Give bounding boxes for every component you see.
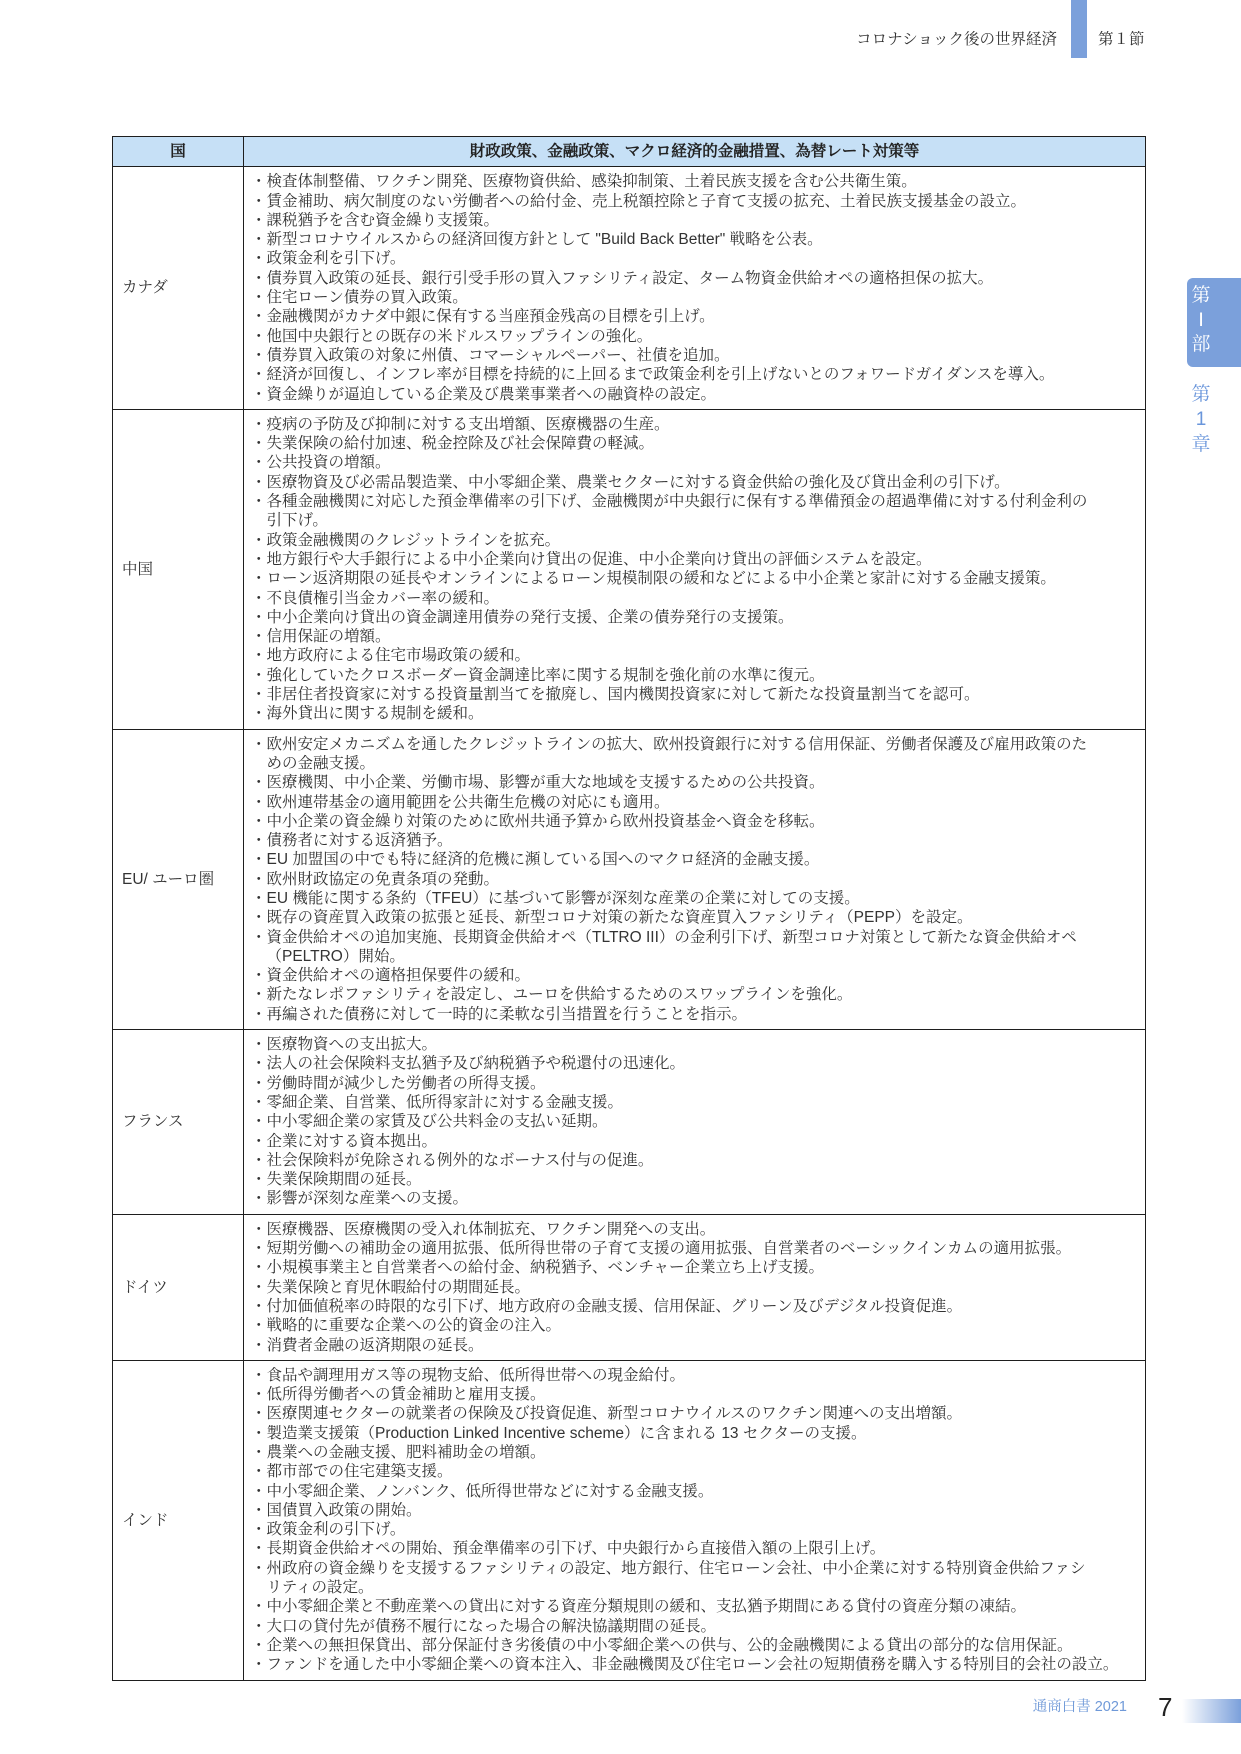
measures-cell: ・疫病の予防及び抑制に対する支出増額、医療機器の生産。 ・失業保険の給付加速、税… xyxy=(244,409,1146,729)
measure-item: ・不良債権引当金カバー率の緩和。 xyxy=(251,589,1138,608)
measures-list: ・医療物資への支出拡大。 ・法人の社会保険料支払猶予及び納税猶予や税還付の迅速化… xyxy=(251,1035,1138,1209)
measure-item: ・付加価値税率の時限的な引下げ、地方政府の金融支援、信用保証、グリーン及びデジタ… xyxy=(251,1297,1138,1316)
country-cell: ドイツ xyxy=(113,1214,244,1360)
measure-item: ・失業保険と育児休暇給付の期間延長。 xyxy=(251,1278,1138,1297)
measure-item: ・新たなレポファシリティを設定し、ユーロを供給するためのスワップラインを強化。 xyxy=(251,985,1138,1004)
chapter-label-char: 章 xyxy=(1190,432,1212,457)
measure-item: ・疫病の予防及び抑制に対する支出増額、医療機器の生産。 xyxy=(251,415,1138,434)
part-tab-char: Ⅰ xyxy=(1190,309,1212,334)
measure-item: ・地方政府による住宅市場政策の緩和。 xyxy=(251,646,1138,665)
measure-item: ・小規模事業主と自営業者への給付金、納税猶予、ベンチャー企業立ち上げ支援。 xyxy=(251,1258,1138,1277)
measure-item: ・資金繰りが逼迫している企業及び農業事業者への融資枠の設定。 xyxy=(251,385,1138,404)
measure-item: ・債券買入政策の延長、銀行引受手形の買入ファシリティ設定、ターム物資金供給オペの… xyxy=(251,269,1138,288)
table-row-germany: ドイツ ・医療機器、医療機関の受入れ体制拡充、ワクチン開発への支出。 ・短期労働… xyxy=(113,1214,1146,1360)
measure-item: ・短期労働への補助金の適用拡張、低所得世帯の子育て支援の適用拡張、自営業者のベー… xyxy=(251,1239,1138,1258)
measure-item: ・中小企業の資金繰り対策のために欧州共通予算から欧州投資基金へ資金を移転。 xyxy=(251,812,1138,831)
part-tab-char: 部 xyxy=(1190,333,1212,358)
measure-item: ・他国中央銀行との既存の米ドルスワップラインの強化。 xyxy=(251,327,1138,346)
measure-item: ・国債買入政策の開始。 xyxy=(251,1501,1138,1520)
measure-item: ・政策金利の引下げ。 xyxy=(251,1520,1138,1539)
measure-item: ・海外貸出に関する規制を緩和。 xyxy=(251,704,1138,723)
country-cell: 中国 xyxy=(113,409,244,729)
measure-item: ・都市部での住宅建築支援。 xyxy=(251,1462,1138,1481)
table-row-india: インド ・食品や調理用ガス等の現物支給、低所得世帯への現金給付。 ・低所得労働者… xyxy=(113,1360,1146,1680)
measure-item: ・消費者金融の返済期限の延長。 xyxy=(251,1336,1138,1355)
measures-list: ・医療機器、医療機関の受入れ体制拡充、ワクチン開発への支出。 ・短期労働への補助… xyxy=(251,1220,1138,1355)
measure-item: ・非居住者投資家に対する投資量割当てを撤廃し、国内機関投資家に対して新たな投資量… xyxy=(251,685,1138,704)
part-tab-char: 第 xyxy=(1190,284,1212,309)
measures-cell: ・医療物資への支出拡大。 ・法人の社会保険料支払猶予及び納税猶予や税還付の迅速化… xyxy=(244,1030,1146,1215)
measure-item: ・食品や調理用ガス等の現物支給、低所得世帯への現金給付。 xyxy=(251,1366,1138,1385)
country-cell: インド xyxy=(113,1360,244,1680)
measures-list: ・検査体制整備、ワクチン開発、医療物資供給、感染抑制策、土着民族支援を含む公共衛… xyxy=(251,172,1138,404)
measures-cell: ・欧州安定メカニズムを通したクレジットラインの拡大、欧州投資銀行に対する信用保証… xyxy=(244,729,1146,1029)
measure-item: ・政策金融機関のクレジットラインを拡充。 xyxy=(251,531,1138,550)
table-row-china: 中国 ・疫病の予防及び抑制に対する支出増額、医療機器の生産。 ・失業保険の給付加… xyxy=(113,409,1146,729)
measure-item: ・低所得労働者への賃金補助と雇用支援。 xyxy=(251,1385,1138,1404)
measure-item: ・医療物資及び必需品製造業、中小零細企業、農業セクターに対する資金供給の強化及び… xyxy=(251,473,1138,492)
footer-publication-title: 通商白書 2021 xyxy=(1033,1697,1127,1717)
measure-item: ・法人の社会保険料支払猶予及び納税猶予や税還付の迅速化。 xyxy=(251,1054,1138,1073)
measure-item: ・EU 機能に関する条約（TFEU）に基づいて影響が深刻な産業の企業に対しての支… xyxy=(251,889,1138,908)
measures-list: ・欧州安定メカニズムを通したクレジットラインの拡大、欧州投資銀行に対する信用保証… xyxy=(251,735,1138,1024)
column-header-country: 国 xyxy=(113,137,244,167)
measure-item: ・賃金補助、病欠制度のない労働者への給付金、売上税額控除と子育て支援の拡充、土着… xyxy=(251,192,1138,211)
measure-item: ・医療関連セクターの就業者の保険及び投資促進、新型コロナウイルスのワクチン関連へ… xyxy=(251,1404,1138,1423)
measures-cell: ・医療機器、医療機関の受入れ体制拡充、ワクチン開発への支出。 ・短期労働への補助… xyxy=(244,1214,1146,1360)
measure-item: ・欧州連帯基金の適用範囲を公共衛生危機の対応にも適用。 xyxy=(251,793,1138,812)
country-cell: EU/ ユーロ圏 xyxy=(113,729,244,1029)
part-tab: 第 Ⅰ 部 xyxy=(1187,278,1241,367)
measure-item: ・各種金融機関に対応した預金準備率の引下げ、金融機関が中央銀行に保有する準備預金… xyxy=(251,492,1138,531)
measures-cell: ・食品や調理用ガス等の現物支給、低所得世帯への現金給付。 ・低所得労働者への賃金… xyxy=(244,1360,1146,1680)
table-row-france: フランス ・医療物資への支出拡大。 ・法人の社会保険料支払猶予及び納税猶予や税還… xyxy=(113,1030,1146,1215)
measure-item: ・中小零細企業と不動産業への貸出に対する資産分類規則の緩和、支払猶予期間にある貸… xyxy=(251,1597,1138,1616)
measure-item: ・金融機関がカナダ中銀に保有する当座預金残高の目標を引上げ。 xyxy=(251,307,1138,326)
measure-item: ・資金供給オペの追加実施、長期資金供給オペ（TLTRO III）の金利引下げ、新… xyxy=(251,928,1138,967)
measure-item: ・地方銀行や大手銀行による中小企業向け貸出の促進、中小企業向け貸出の評価システム… xyxy=(251,550,1138,569)
measure-item: ・中小企業向け貸出の資金調達用債券の発行支援、企業の債券発行の支援策。 xyxy=(251,608,1138,627)
measure-item: ・課税猶予を含む資金繰り支援策。 xyxy=(251,211,1138,230)
section-number: 第１節 xyxy=(1098,29,1145,51)
measures-list: ・疫病の予防及び抑制に対する支出増額、医療機器の生産。 ・失業保険の給付加速、税… xyxy=(251,415,1138,724)
measure-item: ・経済が回復し、インフレ率が目標を持続的に上回るまで政策金利を引上げないとのフォ… xyxy=(251,365,1138,384)
part-tab-label: 第 Ⅰ 部 xyxy=(1190,284,1212,358)
measure-item: ・医療機器、医療機関の受入れ体制拡充、ワクチン開発への支出。 xyxy=(251,1220,1138,1239)
footer-gradient-bar xyxy=(1182,1699,1241,1723)
measure-item: ・欧州安定メカニズムを通したクレジットラインの拡大、欧州投資銀行に対する信用保証… xyxy=(251,735,1138,774)
measure-item: ・公共投資の増額。 xyxy=(251,453,1138,472)
measure-item: ・信用保証の増額。 xyxy=(251,627,1138,646)
chapter-label-char: 1 xyxy=(1190,407,1212,432)
measure-item: ・戦略的に重要な企業への公的資金の注入。 xyxy=(251,1316,1138,1335)
table-row-eu: EU/ ユーロ圏 ・欧州安定メカニズムを通したクレジットラインの拡大、欧州投資銀… xyxy=(113,729,1146,1029)
column-header-measures: 財政政策、金融政策、マクロ経済的金融措置、為替レート対策等 xyxy=(244,137,1146,167)
measure-item: ・農業への金融支援、肥料補助金の増額。 xyxy=(251,1443,1138,1462)
running-header-title: コロナショック後の世界経済 xyxy=(856,29,1057,51)
policy-measures-table: 国 財政政策、金融政策、マクロ経済的金融措置、為替レート対策等 カナダ ・検査体… xyxy=(112,136,1146,1681)
measure-item: ・ファンドを通した中小零細企業への資本注入、非金融機関及び住宅ローン会社の短期債… xyxy=(251,1655,1138,1674)
measure-item: ・影響が深刻な産業への支援。 xyxy=(251,1189,1138,1208)
measure-item: ・債務者に対する返済猶予。 xyxy=(251,831,1138,850)
measure-item: ・資金供給オペの適格担保要件の緩和。 xyxy=(251,966,1138,985)
measure-item: ・医療機関、中小企業、労働市場、影響が重大な地域を支援するための公共投資。 xyxy=(251,773,1138,792)
measure-item: ・検査体制整備、ワクチン開発、医療物資供給、感染抑制策、土着民族支援を含む公共衛… xyxy=(251,172,1138,191)
measure-item: ・欧州財政協定の免責条項の発動。 xyxy=(251,870,1138,889)
measure-item: ・失業保険期間の延長。 xyxy=(251,1170,1138,1189)
table-row-canada: カナダ ・検査体制整備、ワクチン開発、医療物資供給、感染抑制策、土着民族支援を含… xyxy=(113,167,1146,410)
measure-item: ・EU 加盟国の中でも特に経済的危機に瀕している国へのマクロ経済的金融支援。 xyxy=(251,850,1138,869)
measure-item: ・ローン返済期限の延長やオンラインによるローン規模制限の緩和などによる中小企業と… xyxy=(251,569,1138,588)
country-cell: カナダ xyxy=(113,167,244,410)
measure-item: ・医療物資への支出拡大。 xyxy=(251,1035,1138,1054)
measure-item: ・強化していたクロスボーダー資金調達比率に関する規制を強化前の水準に復元。 xyxy=(251,666,1138,685)
measure-item: ・長期資金供給オペの開始、預金準備率の引下げ、中央銀行から直接借入額の上限引上げ… xyxy=(251,1539,1138,1558)
measures-list: ・食品や調理用ガス等の現物支給、低所得世帯への現金給付。 ・低所得労働者への賃金… xyxy=(251,1366,1138,1675)
measure-item: ・製造業支援策（Production Linked Incentive sche… xyxy=(251,1424,1138,1443)
measure-item: ・大口の貸付先が債務不履行になった場合の解決協議期間の延長。 xyxy=(251,1617,1138,1636)
measure-item: ・既存の資産買入政策の拡張と延長、新型コロナ対策の新たな資産買入ファシリティ（P… xyxy=(251,908,1138,927)
measure-item: ・債券買入政策の対象に州債、コマーシャルペーパー、社債を追加。 xyxy=(251,346,1138,365)
measure-item: ・州政府の資金繰りを支援するファシリティの設定、地方銀行、住宅ローン会社、中小企… xyxy=(251,1559,1138,1598)
chapter-label: 第 1 章 xyxy=(1190,382,1212,457)
measure-item: ・再編された債務に対して一時的に柔軟な引当措置を行うことを指示。 xyxy=(251,1005,1138,1024)
measure-item: ・政策金利を引下げ。 xyxy=(251,249,1138,268)
measures-cell: ・検査体制整備、ワクチン開発、医療物資供給、感染抑制策、土着民族支援を含む公共衛… xyxy=(244,167,1146,410)
measure-item: ・企業への無担保貸出、部分保証付き劣後債の中小零細企業への供与、公的金融機関によ… xyxy=(251,1636,1138,1655)
measure-item: ・労働時間が減少した労働者の所得支援。 xyxy=(251,1074,1138,1093)
measure-item: ・企業に対する資本拠出。 xyxy=(251,1132,1138,1151)
page-number: 7 xyxy=(1158,1692,1172,1722)
measure-item: ・新型コロナウイルスからの経済回復方針として "Build Back Bette… xyxy=(251,230,1138,249)
chapter-label-char: 第 xyxy=(1190,382,1212,407)
measure-item: ・零細企業、自営業、低所得家計に対する金融支援。 xyxy=(251,1093,1138,1112)
header-accent-bar xyxy=(1071,0,1087,58)
country-cell: フランス xyxy=(113,1030,244,1215)
measure-item: ・失業保険の給付加速、税金控除及び社会保障費の軽減。 xyxy=(251,434,1138,453)
measure-item: ・中小零細企業の家賃及び公共料金の支払い延期。 xyxy=(251,1112,1138,1131)
measure-item: ・社会保険料が免除される例外的なボーナス付与の促進。 xyxy=(251,1151,1138,1170)
measure-item: ・中小零細企業、ノンバンク、低所得世帯などに対する金融支援。 xyxy=(251,1482,1138,1501)
measure-item: ・住宅ローン債券の買入政策。 xyxy=(251,288,1138,307)
table-header-row: 国 財政政策、金融政策、マクロ経済的金融措置、為替レート対策等 xyxy=(113,137,1146,167)
